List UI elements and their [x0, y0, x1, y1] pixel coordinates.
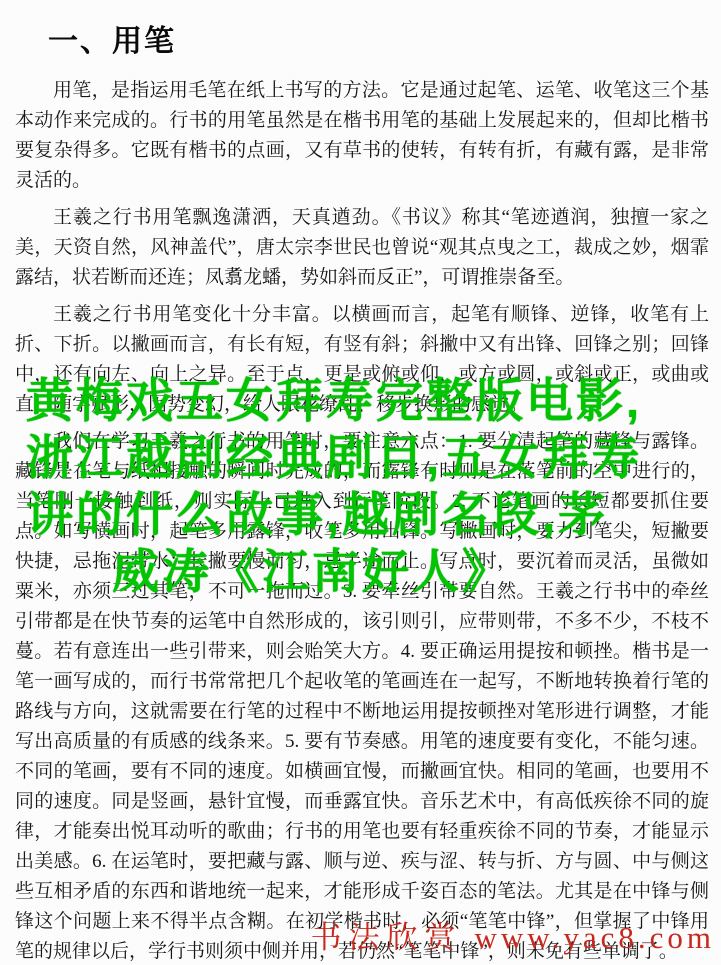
site-watermark: 书法欣赏www.yac8.com: [310, 912, 715, 957]
section-title: 一、用笔: [48, 16, 721, 60]
document-page: 一、用笔 用笔，是指运用毛笔在纸上书写的方法。它是通过起笔、运笔、收笔这三个基本…: [0, 0, 721, 965]
site-name-label: 书法欣赏: [310, 920, 462, 956]
paragraph-wang-xizhi-praise: 王羲之行书用笔飘逸潇洒，天真遒劲。《书议》称其“笔迹遒润，独擅一家之美，天资自然…: [15, 203, 709, 293]
site-url-label: www.yac8.com: [474, 920, 715, 955]
paragraph-brush-usage-intro: 用笔，是指运用毛笔在纸上书写的方法。它是通过起笔、运笔、收笔这三个基本动作来完成…: [15, 76, 709, 196]
document-body: 用笔，是指运用毛笔在纸上书写的方法。它是通过起笔、运笔、收笔这三个基本动作来完成…: [0, 76, 721, 965]
paragraph-six-points: 我们在学习王羲之行书的用笔时，要注意六点：1. 要分清起笔的藏锋与露锋。藏锋是在…: [15, 427, 709, 965]
paragraph-stroke-variation: 王羲之行书用笔变化十分丰富。以横画而言，起笔有顺锋、逆锋，收笔有上折、下折。以撇…: [15, 300, 709, 420]
